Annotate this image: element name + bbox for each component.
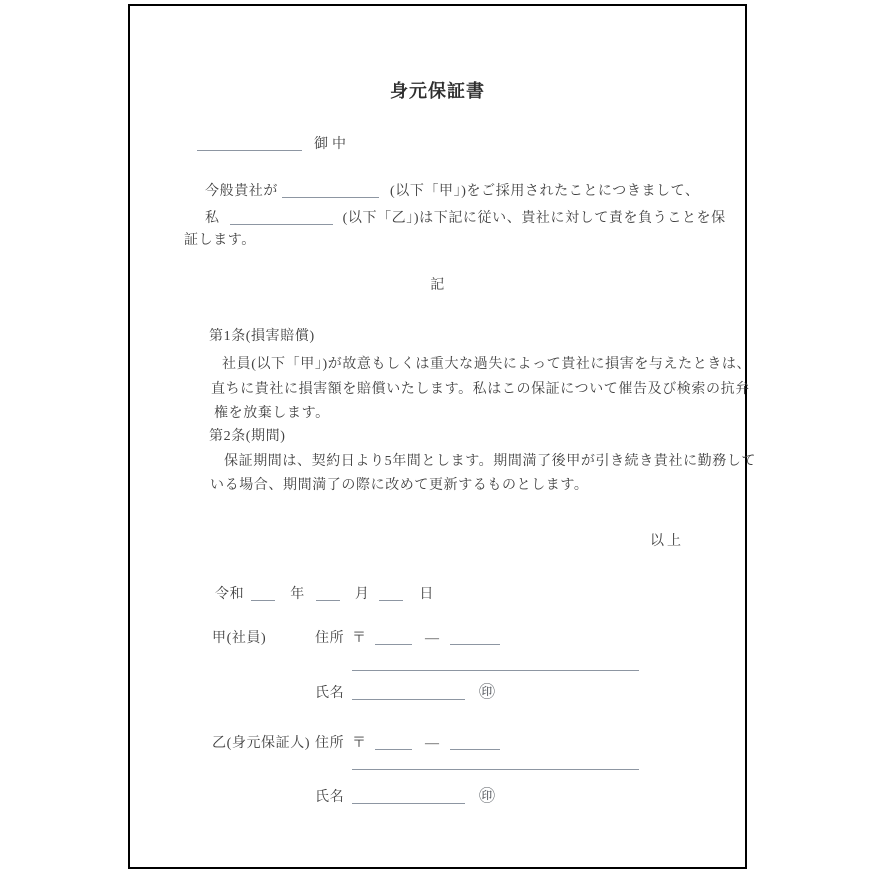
company-name-blank [282, 183, 379, 198]
year-label: 年 [290, 587, 305, 602]
signer-kou-row: 甲(社員)住所〒— [212, 627, 500, 648]
signer-kou-address-blank-line [352, 670, 639, 671]
record-mark: 記 [130, 277, 745, 295]
signer-kou-postal-blank-2 [450, 630, 500, 645]
signer-kou-label: 甲(社員) [212, 630, 315, 648]
signer-kou-postal-mark: 〒 [352, 630, 375, 648]
signer-kou-name-row: 氏名㊞ [315, 682, 496, 703]
signer-otsu-postal-dash: — [425, 735, 450, 753]
day-label: 日 [419, 587, 434, 602]
article-1-line-1: 社員(以下「甲」)が故意もしくは重大な過失によって貴社に損害を与えたときは、 [222, 356, 751, 374]
article-1-line-3: 権を放棄します。 [214, 405, 330, 423]
signer-otsu-postal-blank-2 [450, 735, 500, 750]
signer-kou-address-label: 住所 [315, 630, 352, 648]
signer-kou-name-label: 氏名 [315, 685, 352, 703]
intro-line-3: 証します。 [184, 232, 256, 250]
signer-otsu-name-blank [352, 789, 465, 804]
date-line: 令和年月日 [215, 583, 434, 604]
signer-kou-postal-blank-1 [375, 630, 412, 645]
signer-otsu-seal-icon: ㊞ [479, 788, 496, 805]
article-2-line-2: いる場合、期間満了の際に改めて更新するものとします。 [210, 477, 588, 495]
signer-kou-postal-dash: — [425, 630, 450, 648]
signer-otsu-address-label: 住所 [315, 735, 352, 753]
signer-kou-seal-icon: ㊞ [479, 684, 496, 701]
intro-line-1-pre: 今般貴社が [205, 184, 278, 199]
article-1-heading: 第1条(損害賠償) [209, 328, 315, 346]
guarantor-name-blank [230, 210, 333, 225]
intro-line-2-post: (以下「乙」)は下記に従い、貴社に対して責を負うことを保 [343, 211, 726, 226]
year-blank [251, 586, 275, 601]
month-label: 月 [355, 587, 370, 602]
era-label: 令和 [215, 587, 244, 602]
recipient-line: 御中 [197, 133, 350, 154]
intro-line-1: 今般貴社が(以下「甲」)をご採用されたことにつきまして、 [205, 180, 700, 201]
intro-line-2-pre: 私 [205, 211, 220, 226]
closing-mark: 以上 [650, 533, 684, 551]
intro-line-1-post: (以下「甲」)をご採用されたことにつきまして、 [390, 184, 700, 199]
signer-otsu-name-label: 氏名 [315, 789, 352, 807]
signer-otsu-label: 乙(身元保証人) [212, 735, 315, 753]
signer-otsu-postal-blank-1 [375, 735, 412, 750]
signer-otsu-row: 乙(身元保証人)住所〒— [212, 732, 500, 753]
intro-line-2: 私(以下「乙」)は下記に従い、貴社に対して責を負うことを保 [205, 207, 726, 228]
article-1-line-2: 直ちに貴社に損害額を賠償いたします。私はこの保証について催告及び検索の抗弁 [211, 381, 750, 399]
recipient-name-blank [197, 136, 302, 151]
signer-otsu-address-blank-line [352, 769, 639, 770]
article-2-line-1: 保証期間は、契約日より5年間とします。期間満了後甲が引き続き貴社に勤務して [224, 453, 756, 471]
article-2-heading: 第2条(期間) [209, 428, 286, 446]
signer-kou-name-blank [352, 685, 465, 700]
day-blank [379, 586, 403, 601]
document-page: 身元保証書 御中 今般貴社が(以下「甲」)をご採用されたことにつきまして、 私(… [128, 4, 747, 869]
recipient-honorific-label: 御中 [314, 137, 350, 152]
signer-otsu-name-row: 氏名㊞ [315, 786, 496, 807]
signer-otsu-postal-mark: 〒 [352, 735, 375, 753]
month-blank [316, 586, 340, 601]
document-title: 身元保証書 [130, 82, 745, 100]
